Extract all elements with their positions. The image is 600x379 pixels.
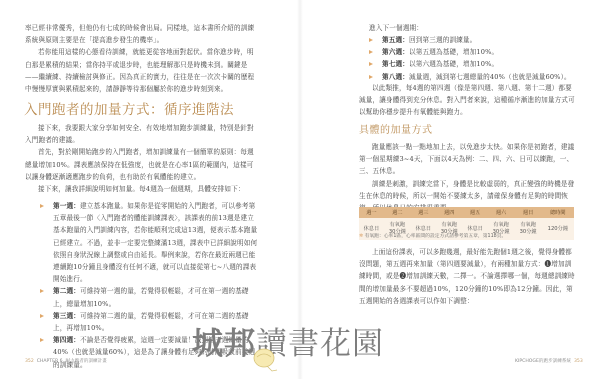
section-title: 入門跑者的加量方式：循序進階法 (24, 98, 234, 118)
intro-text: 率已經非常優秀，但他仍有七成的時候會出局。同樣地，這本書所介紹的訓練系統與原則主… (25, 22, 260, 95)
triangle-bullet-icon (40, 338, 44, 342)
triangle-bullet-icon (369, 50, 373, 54)
list-item: 第七週：以第六週為基礎，增加10%。 (369, 58, 579, 70)
bullet-label: 第六週： (382, 48, 409, 56)
book-title: KIPCHOGE的跑步訓練系統 (515, 359, 571, 364)
cycle-list: 第五週：回到第三週的訓練量。 第六週：以第五週為基礎，增加10%。 第七週：以第… (369, 34, 579, 83)
bullet-text: 以第六週為基礎，增加10%。 (409, 60, 498, 68)
left-footer: 352 CHAPTER 6 耐力跑者的訓練計畫 (25, 358, 107, 364)
triangle-bullet-icon (369, 75, 373, 79)
watermark-bold-text: 城邦 (192, 326, 256, 362)
bullet-text: 以第五週為基礎，增加10%。 (409, 48, 498, 56)
column-header: 週日 (515, 207, 542, 218)
triangle-bullet-icon (369, 62, 373, 66)
column-header: 週五 (463, 207, 488, 218)
right-footer: KIPCHOGE的跑步訓練系統 353 (515, 358, 583, 364)
bullet-label: 第八週： (382, 73, 409, 81)
paragraph: 跑量應該一點一點地加上去，以免進步太快。如果你是初跑者，建議第一個星期練3~4天… (359, 141, 575, 178)
column-header: 週二 (384, 207, 411, 218)
bullet-text: 可維持第一週的量，若覺得很輕鬆，才可在第一週的基礎上，總量增加10%。 (53, 287, 249, 307)
table-note: ✲ 有氧跑：心率1區，心率區間的設定方式請參考第五章，第118頁。 (359, 232, 506, 239)
paragraph: 接下來，讓我詳細說明如何加量。每4週為一個週期，具體安排如下： (25, 183, 260, 195)
table-header-row: 週一 週二 週三 週四 週五 週六 週日 總時間 (359, 207, 574, 218)
triangle-bullet-icon (40, 289, 44, 293)
mascot-icon (252, 348, 280, 374)
section-title: 具體的加量方式 (359, 121, 433, 136)
page-number: 353 (574, 359, 583, 364)
bullet-label: 第一週： (53, 202, 80, 210)
chapter-title: 耐力跑者的訓練計畫 (65, 359, 106, 364)
star-icon: ✲ (359, 234, 363, 239)
list-item: 第八週：減量週，減到第七週總量的40%（也就是減量60%）。 (369, 71, 579, 83)
column-header: 週三 (411, 207, 436, 218)
triangle-bullet-icon (369, 38, 373, 42)
table-cell: 有氧跑 30分鐘 (515, 218, 542, 240)
bullet-label: 第七週： (382, 60, 409, 68)
list-item: 第二週：可維持第一週的量，若覺得很輕鬆，才可在第一週的基礎上，總量增加10%。 (40, 285, 260, 309)
closing-text: 上面這份課表，可以多跑幾週，最好能先跑個1週之後，覺得身體都沒問題，第五週再來加… (359, 246, 575, 307)
note-text: 有氧跑：心率1區，心率區間的設定方式請參考第五章，第118頁。 (365, 234, 507, 239)
paragraph: 以此類推，每4週的第四週（像是第四週、第八週、第十二週）都要減量，讓身體得到充分… (359, 82, 575, 119)
list-item: 第五週：回到第三週的訓練量。 (369, 34, 579, 46)
bullet-text: 建立基本跑量。如果你是從零開始的入門跑者，可以參考第五章最後一節〈入門跑者的體能… (53, 202, 257, 283)
lead-in: 進入下一個週期： (369, 22, 579, 34)
paragraph: 接下來，我要跟大家分享如何安全、有效地增加跑步訓練量，特別是針對入門跑者的建議。 (25, 122, 260, 146)
paragraph: 上面這份課表，可以多跑幾週，最好能先跑個1週之後，覺得身體都沒問題，第五週再來加… (359, 246, 575, 307)
list-item: 第六週：以第五週為基礎，增加10%。 (369, 46, 579, 58)
column-header: 週一 (359, 207, 384, 218)
triangle-bullet-icon (40, 314, 44, 318)
page-number: 352 (25, 359, 34, 364)
section-text: 接下來，我要跟大家分享如何安全、有效地增加跑步訓練量，特別是針對入門跑者的建議。… (25, 122, 260, 195)
bullet-label: 第二週： (53, 287, 80, 295)
paragraph: 率已經非常優秀，但他仍有七成的時候會出局。同樣地，這本書所介紹的訓練系統與原則主… (25, 22, 260, 46)
triangle-bullet-icon (40, 204, 44, 208)
column-header: 總時間 (542, 207, 574, 218)
bullet-text: 回到第三週的訓練量。 (409, 36, 476, 44)
after-text: 以此類推，每4週的第四週（像是第四週、第八週、第十二週）都要減量，讓身體得到充分… (359, 82, 575, 119)
bullet-text: 減量週，減到第七週總量的40%（也就是減量60%）。 (409, 73, 571, 81)
right-top-text: 進入下一個週期： (369, 22, 579, 34)
bullet-label: 第四週： (53, 336, 80, 344)
watermark-logo: 城邦讀書花園 (192, 318, 384, 363)
chapter-label: CHAPTER 6 (37, 359, 63, 364)
column-header: 週六 (488, 207, 515, 218)
table-cell: 120分鐘 (542, 218, 574, 240)
column-header: 週四 (436, 207, 463, 218)
list-item: 第一週：建立基本跑量。如果你是從零開始的入門跑者，可以參考第五章最後一節〈入門跑… (40, 200, 260, 285)
paragraph: 首先，對於剛開始跑步的入門跑者，增加訓練量有一個簡單的原則：每週總量增加10%。… (25, 146, 260, 183)
bullet-label: 第五週： (382, 36, 409, 44)
paragraph: 若你能用這樣的心態看待訓練，就能更從容地面對起伏。當你進步時，明白那是累積的結果… (25, 46, 260, 95)
section-text: 跑量應該一點一點地加上去，以免進步太快。如果你是初跑者，建議第一個星期練3~4天… (359, 141, 575, 214)
bullet-label: 第三週： (53, 312, 80, 320)
